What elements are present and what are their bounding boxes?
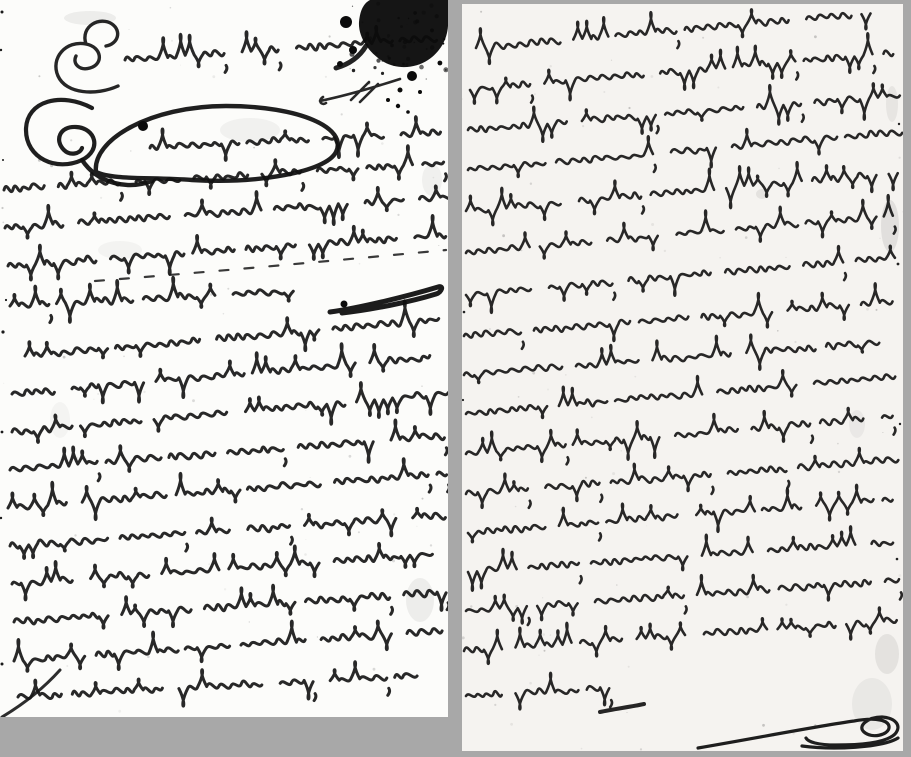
- body-line: [5, 186, 448, 238]
- paper-speck: [538, 655, 539, 656]
- paper-speck: [381, 142, 384, 145]
- body-line: [464, 283, 893, 348]
- paper-speck: [530, 183, 532, 185]
- paper-speck: [304, 553, 307, 556]
- paper-speck: [899, 574, 902, 577]
- ink-blot-spray: [435, 14, 439, 18]
- paper-speck: [3, 383, 4, 384]
- paper-speck: [227, 288, 229, 290]
- body-line: [466, 195, 896, 258]
- ink-blot-spray: [362, 21, 364, 23]
- paper-speck: [489, 328, 491, 330]
- paper-speck: [421, 385, 423, 387]
- paper-speck: [358, 531, 360, 533]
- ink-blot-spray: [438, 61, 443, 66]
- ink-blot-spray: [363, 39, 367, 43]
- paper-speck: [224, 588, 226, 590]
- margin-specks: [0, 49, 2, 51]
- paper-speck: [143, 391, 145, 393]
- paper-speck: [422, 498, 424, 500]
- paper-speck: [773, 736, 774, 737]
- paper-smudge: [422, 164, 442, 196]
- ink-blot-spray: [388, 57, 391, 60]
- paper-speck: [518, 396, 520, 398]
- paper-speck: [93, 399, 94, 400]
- paper-speck: [794, 341, 796, 343]
- paper-speck: [373, 668, 376, 671]
- ink-blot-spray: [413, 20, 417, 24]
- manuscript-page-right: [462, 4, 903, 751]
- paper-smudge: [849, 410, 865, 438]
- paper-speck: [565, 374, 567, 376]
- paper-speck: [515, 506, 517, 508]
- paper-speck: [66, 665, 68, 667]
- paper-speck: [899, 157, 901, 159]
- paper-speck: [249, 621, 250, 622]
- paper-speck: [717, 87, 719, 89]
- body-line: [468, 83, 900, 141]
- paper-speck: [703, 230, 704, 231]
- paper-speck: [430, 544, 432, 546]
- ink-blot-spray: [406, 63, 409, 66]
- paper-speck: [786, 257, 787, 258]
- paper-speck: [745, 236, 748, 239]
- ink-blot-spray: [419, 65, 424, 70]
- paper-speck: [591, 417, 593, 419]
- closing-line-ut-supra: [466, 673, 612, 709]
- paper-speck: [547, 389, 549, 391]
- body-line: [466, 408, 895, 464]
- paper-speck: [651, 75, 654, 78]
- paper-speck: [341, 113, 343, 115]
- paper-speck: [130, 150, 131, 151]
- ink-blot-spray: [443, 67, 448, 72]
- ink-blot-spray: [430, 45, 434, 49]
- paper-speck: [305, 539, 306, 540]
- ink-blot-spray: [402, 63, 405, 66]
- paper-smudge: [886, 86, 898, 122]
- paper-speck: [438, 245, 439, 246]
- body-line: [14, 621, 442, 671]
- paper-speck: [646, 525, 647, 526]
- body-line: [466, 370, 895, 418]
- ink-blot-spray: [402, 45, 406, 49]
- paper-speck: [393, 513, 395, 515]
- margin-specks: [0, 517, 2, 519]
- margin-specks: [1, 431, 4, 434]
- paper-speck: [611, 60, 612, 61]
- paper-speck: [746, 596, 749, 599]
- paper-speck: [876, 309, 878, 311]
- paper-speck: [762, 724, 765, 727]
- paper-speck: [621, 450, 623, 452]
- paper-speck: [180, 65, 181, 66]
- edge-specks: [897, 263, 900, 266]
- edge-specks: [896, 558, 899, 561]
- paper-speck: [462, 636, 465, 639]
- body-line: [468, 485, 893, 542]
- paper-speck: [521, 250, 522, 251]
- margin-specks: [1, 330, 4, 333]
- ink-blot-spray: [390, 44, 394, 48]
- ink-blot-spray: [429, 4, 433, 8]
- paper-speck: [192, 399, 195, 402]
- paper-speck: [494, 704, 496, 706]
- paper-speck: [882, 432, 883, 433]
- heading-capital-flourish: [56, 21, 118, 92]
- ink-blot-satellites: [407, 71, 417, 81]
- paper-speck: [1, 207, 3, 209]
- left-page-drawing: [0, 0, 448, 717]
- ink-blot-spray: [381, 72, 384, 75]
- body-line: [466, 575, 902, 625]
- margin-specks: [5, 299, 7, 301]
- paper-speck: [616, 584, 618, 586]
- manuscript-scan: [0, 0, 911, 757]
- ink-blot-satellites: [406, 110, 410, 114]
- body-line: [476, 9, 871, 63]
- body-line: [18, 662, 417, 706]
- paper-speck: [329, 35, 331, 37]
- margin-specks: [2, 159, 4, 161]
- paper-speck: [170, 7, 172, 9]
- ink-blot-spray: [426, 78, 428, 80]
- paper-speck: [866, 308, 869, 311]
- ink-blot-spray: [350, 68, 351, 69]
- body-line: [14, 585, 448, 628]
- body-line: [466, 448, 898, 508]
- initial-spiral-flourish: [26, 100, 94, 164]
- paper-speck: [838, 471, 840, 473]
- paper-smudge: [406, 578, 434, 622]
- paper-speck: [129, 29, 130, 30]
- ink-blot-spray: [397, 17, 399, 19]
- paper-speck: [433, 177, 435, 179]
- paper-speck: [38, 75, 40, 77]
- paper-speck: [310, 477, 311, 478]
- paper-speck: [397, 214, 399, 216]
- ink-blot-spray: [382, 60, 384, 62]
- paper-speck: [118, 710, 121, 713]
- paper-speck: [147, 656, 150, 659]
- margin-specks: [1, 11, 4, 14]
- body-line: [464, 608, 897, 664]
- ink-blot-spray: [352, 6, 353, 7]
- paper-speck: [542, 597, 543, 598]
- swoosh-flourish: [330, 287, 442, 313]
- paper-speck: [640, 748, 642, 750]
- paper-speck: [462, 99, 463, 100]
- ink-blot-satellites: [386, 98, 390, 102]
- ink-blot-spray: [408, 18, 409, 19]
- body-line: [468, 129, 902, 177]
- body-line: [10, 277, 293, 322]
- paper-speck: [777, 330, 779, 332]
- paper-speck: [550, 634, 552, 636]
- ink-blot-satellites: [396, 104, 400, 108]
- manuscript-page-left: [0, 0, 448, 717]
- paper-speck: [171, 40, 173, 42]
- paper-speck: [502, 234, 505, 237]
- paper-speck: [470, 605, 472, 607]
- ink-blot-spray: [387, 34, 390, 37]
- paper-speck: [532, 372, 535, 375]
- initial-eye-dot: [138, 121, 148, 131]
- paper-speck: [63, 356, 66, 359]
- paper-speck: [814, 35, 817, 38]
- ink-blot-spray: [368, 36, 372, 40]
- paper-speck: [902, 211, 903, 213]
- paper-speck: [785, 604, 787, 606]
- ink-blot-spray: [406, 57, 410, 61]
- paper-speck: [359, 263, 361, 265]
- descender-stroke: [2, 670, 60, 717]
- edge-specks: [899, 423, 901, 425]
- ink-blot-satellites: [398, 88, 403, 93]
- ink-blot-spray: [426, 48, 428, 50]
- paper-speck: [603, 91, 605, 93]
- body-line: [150, 117, 441, 161]
- edge-specks: [463, 311, 466, 314]
- paper-speck: [634, 376, 636, 378]
- paper-speck: [581, 748, 583, 750]
- ink-blot-spray: [400, 25, 403, 28]
- paper-speck: [719, 257, 721, 259]
- body-line: [12, 383, 448, 443]
- body-line: [464, 335, 879, 383]
- paper-speck: [212, 75, 215, 78]
- paper-speck: [880, 238, 881, 239]
- paper-speck: [702, 37, 704, 39]
- paper-smudge: [98, 241, 142, 259]
- ink-blot-spray: [422, 11, 426, 15]
- paper-speck: [2, 222, 4, 224]
- paper-speck: [628, 107, 630, 109]
- paper-smudge: [875, 634, 899, 674]
- body-line: [470, 33, 893, 103]
- ink-blot-spray: [373, 66, 376, 69]
- ink-blot-spray: [375, 52, 377, 54]
- ink-blot-satellites: [340, 16, 352, 28]
- paper-speck: [349, 455, 352, 458]
- paper-speck: [524, 486, 525, 487]
- ink-blot-spray: [377, 18, 381, 22]
- paper-speck: [664, 250, 666, 252]
- paper-speck: [651, 223, 654, 226]
- paper-speck: [627, 712, 628, 713]
- ink-blot: [359, 0, 448, 67]
- paper-speck: [70, 139, 72, 141]
- paper-speck: [97, 393, 98, 394]
- paper-speck: [253, 147, 255, 149]
- ink-blot-spray: [403, 40, 407, 44]
- body-line: [12, 543, 432, 599]
- signature-flourish: [698, 717, 898, 748]
- ink-blot-spray: [352, 69, 355, 72]
- paper-speck: [208, 563, 210, 565]
- paper-speck: [510, 723, 513, 726]
- paper-speck: [223, 313, 225, 315]
- paper-speck: [529, 682, 532, 685]
- paper-speck: [19, 269, 20, 270]
- ink-blot-spray: [430, 29, 434, 33]
- swoosh-dot: [341, 301, 348, 308]
- paper-speck: [306, 410, 307, 411]
- paper-speck: [325, 76, 327, 78]
- right-page-drawing: [462, 4, 903, 751]
- paper-speck: [100, 197, 102, 199]
- paper-speck: [550, 65, 552, 67]
- paper-speck: [628, 666, 630, 668]
- body-line: [468, 526, 893, 590]
- paper-speck: [778, 168, 779, 169]
- paper-speck: [534, 93, 536, 95]
- paper-speck: [416, 526, 417, 527]
- body-line: [10, 420, 447, 481]
- paper-speck: [593, 400, 594, 401]
- ink-blot-spray: [376, 2, 380, 6]
- edge-specks: [898, 123, 900, 125]
- paper-speck: [612, 472, 615, 475]
- ink-blot-spray: [413, 11, 417, 15]
- paper-speck: [544, 650, 546, 652]
- paper-speck: [585, 477, 587, 479]
- paper-speck: [301, 508, 303, 510]
- ink-blot-spray: [376, 59, 380, 63]
- paper-speck: [875, 88, 876, 89]
- ink-blot-satellites: [418, 90, 422, 94]
- paper-speck: [317, 636, 318, 637]
- paper-speck: [837, 443, 839, 445]
- paper-speck: [74, 534, 76, 536]
- ink-blot-spray: [443, 38, 446, 41]
- paper-speck: [816, 148, 817, 149]
- ink-blot-spray: [442, 43, 444, 45]
- ink-blot-spray: [350, 52, 355, 57]
- paper-speck: [542, 633, 545, 636]
- ut-supra-dash: [600, 704, 644, 712]
- margin-specks: [1, 663, 4, 666]
- ink-blot-satellites: [337, 61, 343, 67]
- paper-speck: [582, 125, 584, 127]
- paper-speck: [638, 157, 640, 159]
- paper-speck: [480, 11, 482, 13]
- paper-speck: [123, 356, 125, 358]
- paper-speck: [844, 408, 845, 409]
- paper-speck: [136, 692, 137, 693]
- edge-specks: [462, 399, 464, 401]
- paper-smudge: [50, 402, 70, 438]
- ink-blot-spray: [414, 42, 416, 44]
- paper-speck: [802, 462, 803, 463]
- ink-blot-spray: [393, 63, 396, 66]
